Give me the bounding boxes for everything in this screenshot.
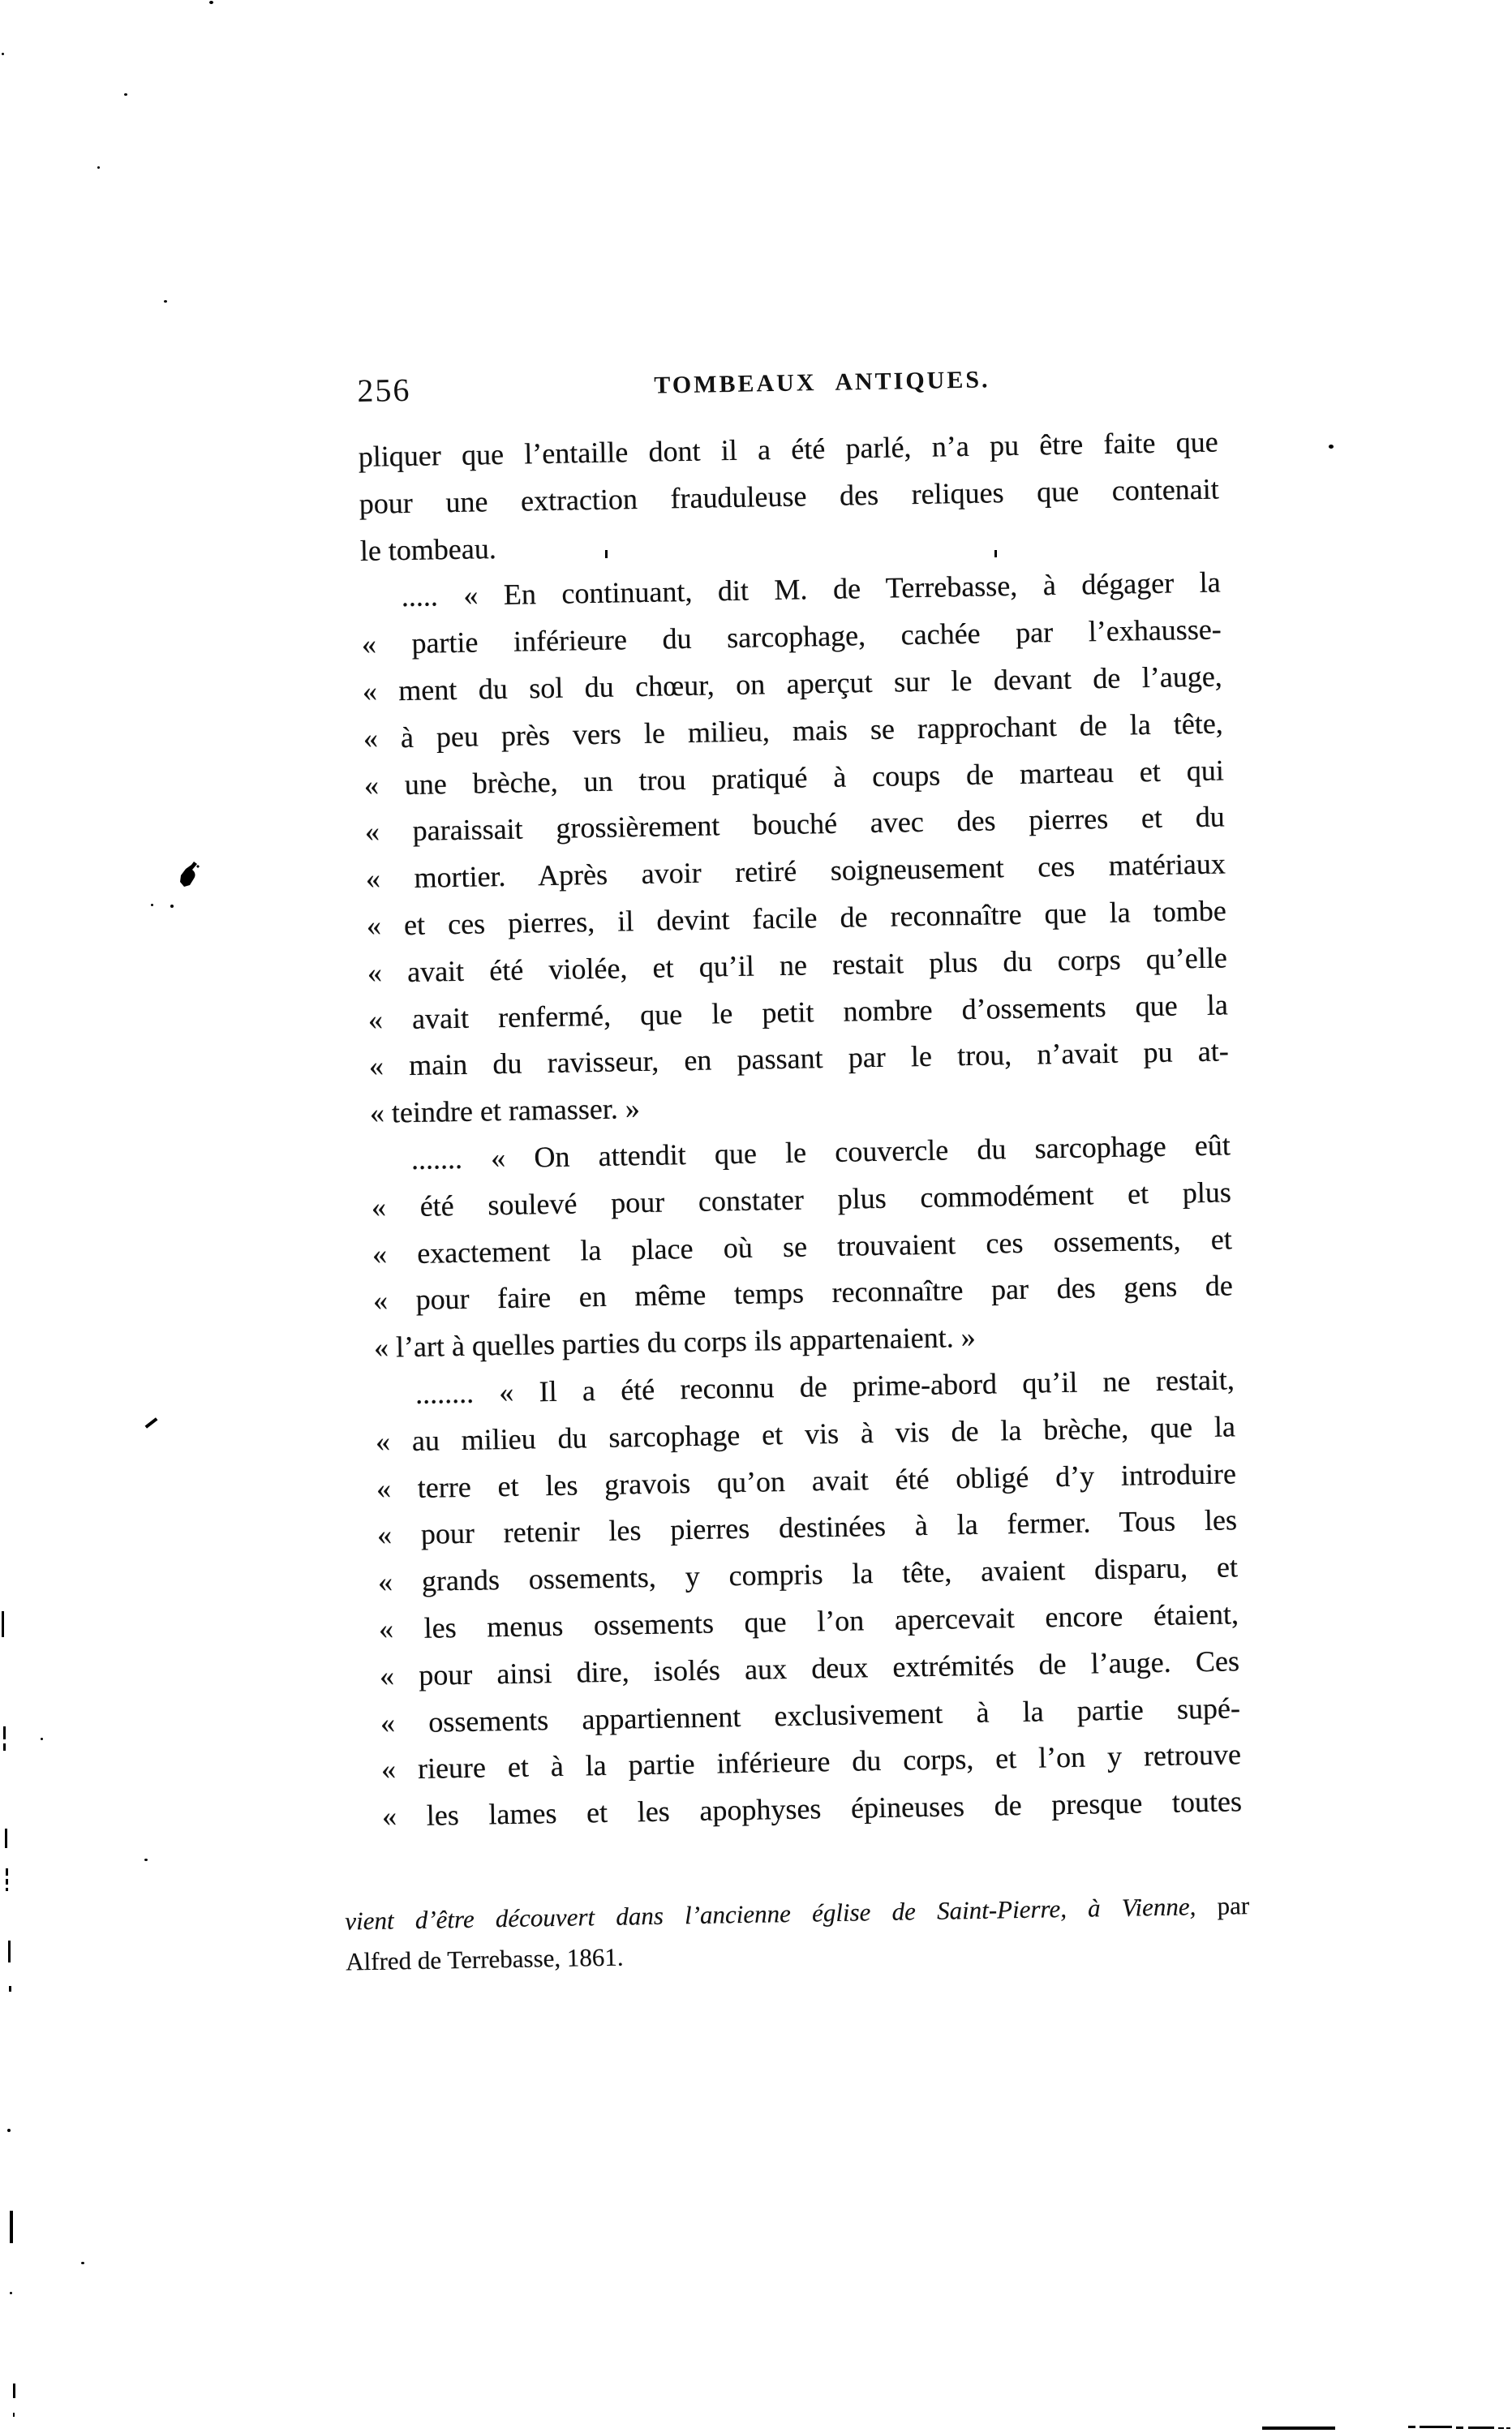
page-edge-mark (6, 1888, 8, 1891)
page-edge-mark (8, 1941, 11, 1962)
bottom-edge-line (1468, 2427, 1494, 2429)
speck (7, 2129, 11, 2132)
speck (41, 1738, 43, 1740)
page-edge-mark (3, 1726, 6, 1739)
speck (2, 53, 4, 55)
scanned-book-page: 256 TOMBEAUX ANTIQUES. pliquer que l’ent… (0, 0, 1512, 2433)
page-edge-mark (13, 2384, 15, 2398)
speck (10, 2292, 12, 2294)
page-content: 256 TOMBEAUX ANTIQUES. pliquer que l’ent… (357, 357, 1218, 412)
page-edge-mark (13, 2413, 15, 2417)
page-edge-mark (10, 2211, 13, 2243)
page-number: 256 (357, 371, 411, 410)
page-edge-mark (6, 1879, 8, 1885)
speck (81, 2262, 84, 2264)
speck (97, 166, 100, 169)
ink-blot-artifact (178, 862, 200, 892)
margin-tick-artifact (145, 1417, 158, 1429)
speck (1329, 445, 1334, 449)
bottom-edge-line (1420, 2426, 1452, 2428)
speck (124, 93, 127, 96)
page-edge-mark (3, 1743, 6, 1751)
page-edge-mark (6, 1868, 8, 1876)
speck (151, 904, 153, 906)
speck (994, 550, 997, 557)
footnote: vient d’être découvert dans l’ancienne é… (345, 1885, 1251, 1982)
bottom-edge-line (1262, 2427, 1335, 2430)
footnote-roman-text: par (1217, 1891, 1249, 1920)
bottom-edge-line (1498, 2427, 1504, 2429)
page-header: 256 TOMBEAUX ANTIQUES. (357, 357, 1218, 412)
page-edge-mark (5, 1829, 7, 1848)
text-body: pliquer que l’entaille dont il a été par… (358, 419, 1242, 1840)
bottom-edge-line (1506, 2427, 1510, 2429)
speck (144, 1859, 148, 1861)
footnote-italic-text: vient d’être découvert dans l’ancienne é… (345, 1892, 1196, 1935)
bottom-edge-line (1456, 2427, 1463, 2429)
running-title: TOMBEAUX ANTIQUES. (654, 366, 990, 399)
speck (209, 1, 213, 4)
bottom-edge-line (1408, 2426, 1415, 2428)
speck (605, 550, 608, 558)
speck (164, 300, 167, 303)
page-edge-mark (9, 1986, 11, 1992)
speck (170, 905, 174, 908)
page-edge-mark (2, 1611, 4, 1637)
